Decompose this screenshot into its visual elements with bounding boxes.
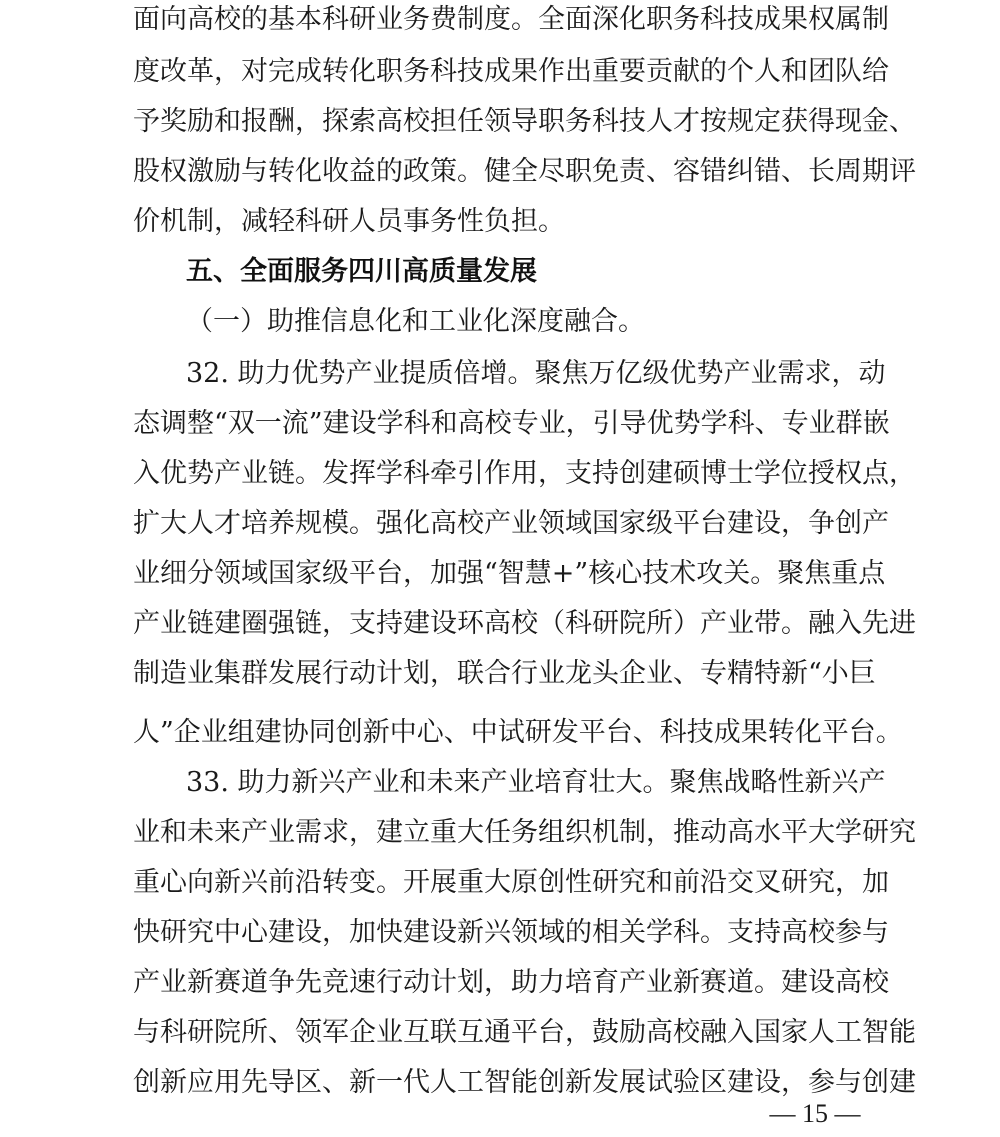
item-33-line: 33. 助力新兴产业和未来产业培育壮大。聚焦战略性新兴产 [186,758,868,808]
paragraph-line: 股权激励与转化收益的政策。健全尽职免责、容错纠错、长周期评 [133,147,868,197]
item-32-line: 业细分领域国家级平台，加强“智慧+”核心技术攻关。聚焦重点 [133,549,868,599]
page-number: — 15 — [760,1096,870,1132]
item-32-line: 32. 助力优势产业提质倍增。聚焦万亿级优势产业需求，动 [186,349,868,399]
item-33-line: 与科研院所、领军企业互联互通平台，鼓励高校融入国家人工智能 [133,1008,868,1058]
paragraph-line: 面向高校的基本科研业务费制度。全面深化职务科技成果权属制 [133,0,868,45]
paragraph-line: 价机制，减轻科研人员事务性负担。 [133,197,868,247]
item-33-line: 快研究中心建设，加快建设新兴领域的相关学科。支持高校参与 [133,908,868,958]
document-page: 面向高校的基本科研业务费制度。全面深化职务科技成果权属制 度改革，对完成转化职务… [0,0,1000,1137]
section-heading: 五、全面服务四川高质量发展 [186,247,868,297]
item-32-line: 态调整“双一流”建设学科和高校专业，引导优势学科、专业群嵌 [133,399,868,449]
item-33-line: 产业新赛道争先竞速行动计划，助力培育产业新赛道。建设高校 [133,958,868,1008]
item-33-line: 创新应用先导区、新一代人工智能创新发展试验区建设，参与创建 [133,1058,868,1108]
item-32-line: 人”企业组建协同创新中心、中试研发平台、科技成果转化平台。 [133,708,868,758]
paragraph-line: 度改革，对完成转化职务科技成果作出重要贡献的个人和团队给 [133,47,868,97]
item-32-line: 入优势产业链。发挥学科牵引作用，支持创建硕博士学位授权点， [133,449,868,499]
paragraph-line: 予奖励和报酬，探索高校担任领导职务科技人才按规定获得现金、 [133,97,868,147]
item-32-line: 制造业集群发展行动计划，联合行业龙头企业、专精特新“小巨 [133,649,868,699]
item-32-line: 扩大人才培养规模。强化高校产业领域国家级平台建设，争创产 [133,499,868,549]
item-33-line: 业和未来产业需求，建立重大任务组织机制，推动高水平大学研究 [133,808,868,858]
item-32-line: 产业链建圈强链，支持建设环高校（科研院所）产业带。融入先进 [133,599,868,649]
subsection-heading: （一）助推信息化和工业化深度融合。 [186,297,868,347]
item-33-line: 重心向新兴前沿转变。开展重大原创性研究和前沿交叉研究，加 [133,858,868,908]
